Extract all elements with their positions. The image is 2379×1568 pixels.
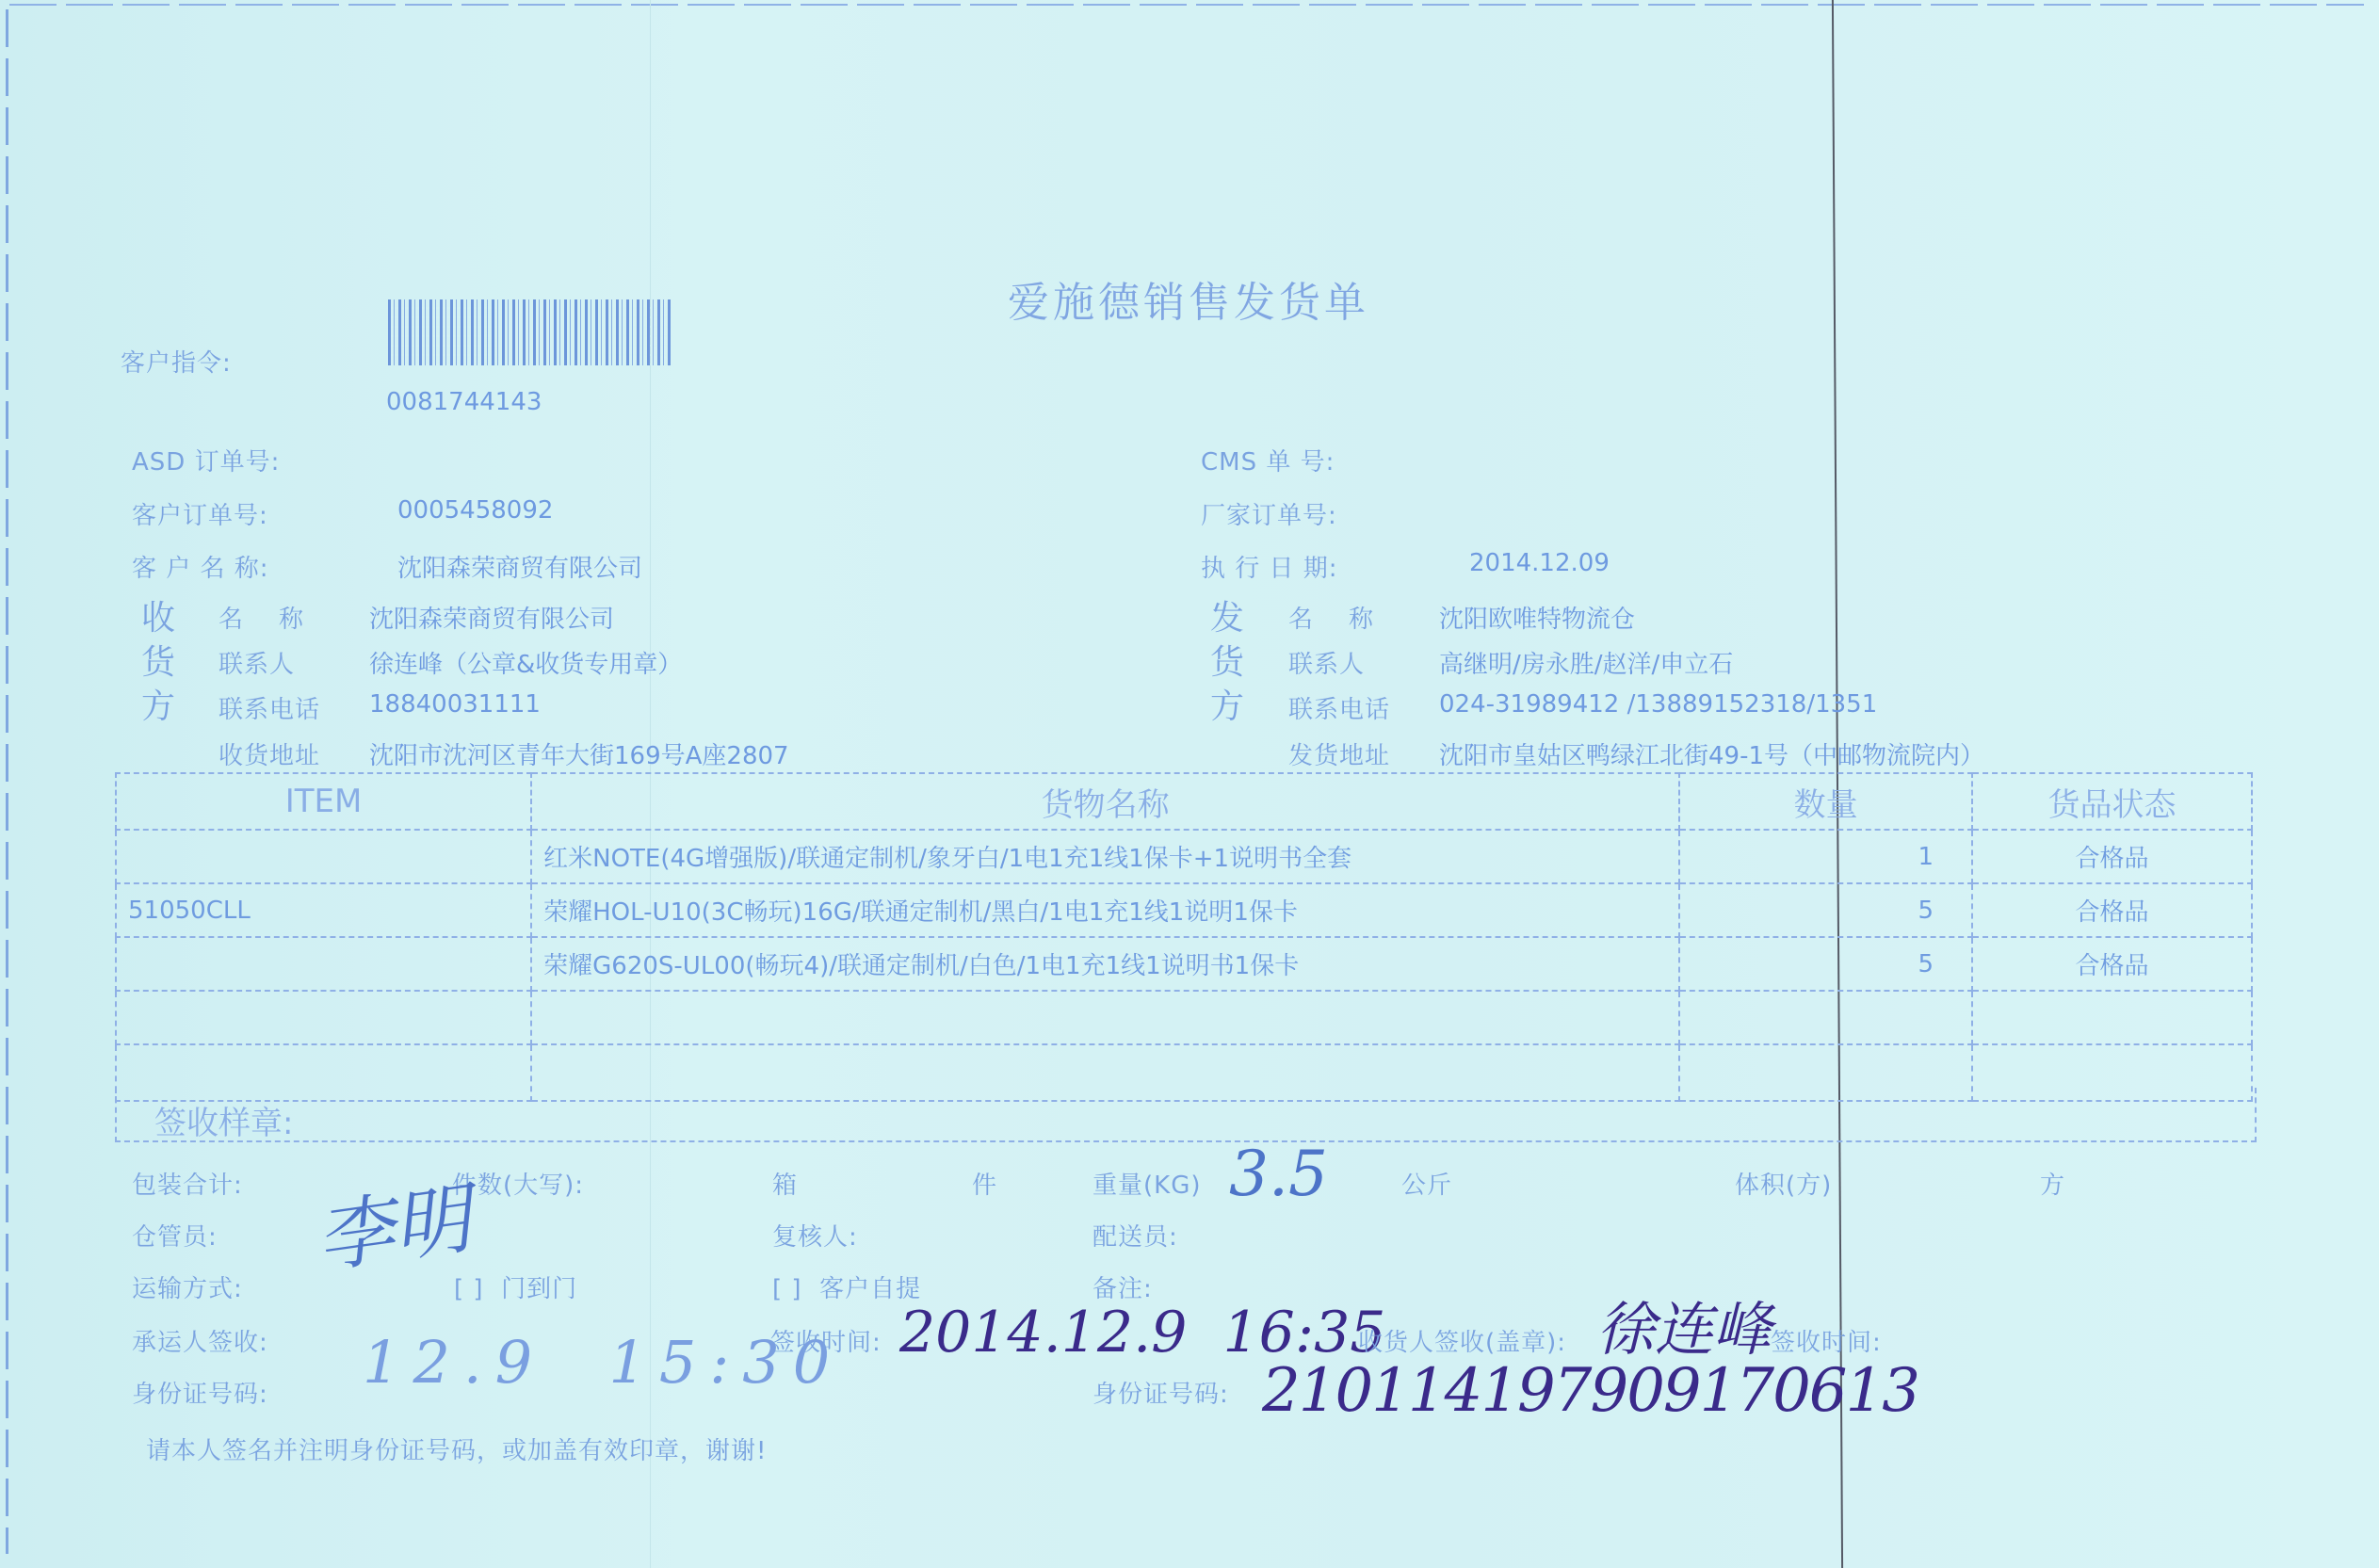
receiver-contact-value: 徐连峰（公章&收货专用章） xyxy=(369,645,682,680)
factory-order-label: 厂家订单号: xyxy=(1201,496,1337,531)
cell-quantity: 5 xyxy=(1679,883,1972,937)
weight-unit: 公斤 xyxy=(1401,1166,1452,1201)
warehouse-keeper-label: 仓管员: xyxy=(132,1218,218,1253)
shipper-side-char-1: 发 xyxy=(1210,591,1244,639)
shipper-side-char-2: 货 xyxy=(1210,636,1244,684)
cell-item: 51050CLL xyxy=(116,883,531,937)
pieces-caps-label: 件数(大写): xyxy=(452,1166,584,1201)
warehouse-keeper-signature: 李明 xyxy=(309,1157,477,1288)
receiver-address-label: 收货地址 xyxy=(218,736,320,771)
box-label: 箱 xyxy=(772,1166,798,1201)
exec-date-label: 执 行 日 期: xyxy=(1201,549,1338,584)
perforation-top xyxy=(9,4,2364,6)
receiver-side-char-3: 方 xyxy=(141,680,175,728)
sign-notice: 请本人签名并注明身份证号码，或加盖有效印章，谢谢! xyxy=(146,1431,767,1466)
receiver-name-label: 名 称 xyxy=(218,600,304,635)
cell-item xyxy=(116,937,531,991)
receiver-phone-label: 联系电话 xyxy=(218,690,320,725)
shipper-phone-value: 024-31989412 /13889152318/1351 xyxy=(1439,690,1877,719)
cell-quantity: 5 xyxy=(1679,937,1972,991)
table-row: 51050CLL 荣耀HOL-U10(3C畅玩)16G/联通定制机/黑白/1电1… xyxy=(116,883,2252,937)
exec-date-value: 2014.12.09 xyxy=(1469,549,1610,577)
cell-item xyxy=(116,830,531,883)
cell-quantity: 1 xyxy=(1679,830,1972,883)
receiver-contact-label: 联系人 xyxy=(218,645,295,680)
receiver-signature: 徐连峰 xyxy=(1596,1283,1772,1366)
receiver-name-value: 沈阳森荣商贸有限公司 xyxy=(369,600,614,635)
transport-label: 运输方式: xyxy=(132,1269,243,1304)
sign-time-label: 签收时间: xyxy=(770,1323,882,1358)
cell-goods-name: 红米NOTE(4G增强版)/联通定制机/象牙白/1电1充1线1保卡+1说明书全套 xyxy=(531,830,1679,883)
id-label-left: 身份证号码: xyxy=(132,1375,268,1410)
receiver-sign-time-label: 签收时间: xyxy=(1771,1323,1882,1358)
id-number-value: 210114197909170613 xyxy=(1262,1356,1918,1426)
barcode-icon xyxy=(388,299,672,365)
asd-order-label: ASD 订单号: xyxy=(132,443,280,477)
col-header-quantity: 数量 xyxy=(1679,773,1972,830)
cell-goods-name: 荣耀HOL-U10(3C畅玩)16G/联通定制机/黑白/1电1充1线1说明1保卡 xyxy=(531,883,1679,937)
table-row xyxy=(116,991,2252,1044)
cell-quantity xyxy=(1679,991,1972,1044)
id-label-right: 身份证号码: xyxy=(1092,1375,1229,1410)
cell-status: 合格品 xyxy=(1972,830,2252,883)
goods-table-header: ITEM 货物名称 数量 货品状态 xyxy=(116,773,2252,830)
customer-order-value: 0005458092 xyxy=(397,496,553,525)
shipper-address-value: 沈阳市皇姑区鸭绿江北街49-1号（中邮物流院内） xyxy=(1439,736,1984,771)
customer-instruction-label: 客户指令: xyxy=(121,344,232,379)
customer-name-label: 客 户 名 称: xyxy=(132,549,269,584)
sign-stamp-label: 签收样章: xyxy=(154,1097,293,1143)
shipper-phone-label: 联系电话 xyxy=(1288,690,1390,725)
shipper-name-value: 沈阳欧唯特物流仓 xyxy=(1439,600,1635,635)
receiver-address-value: 沈阳市沈河区青年大街169号A座2807 xyxy=(369,736,789,771)
package-total-label: 包装合计: xyxy=(132,1166,243,1201)
shipper-name-label: 名 称 xyxy=(1288,600,1374,635)
shipper-contact-value: 高继明/房永胜/赵洋/申立石 xyxy=(1439,645,1733,680)
piece-label: 件 xyxy=(972,1166,997,1201)
receiver-side-char-2: 货 xyxy=(141,636,175,684)
receiver-sign-label: 收货人签收(盖章): xyxy=(1358,1323,1566,1358)
goods-table: ITEM 货物名称 数量 货品状态 红米NOTE(4G增强版)/联通定制机/象牙… xyxy=(115,772,2253,1102)
table-row: 荣耀G620S-UL00(畅玩4)/联通定制机/白色/1电1充1线1说明书1保卡… xyxy=(116,937,2252,991)
cell-status: 合格品 xyxy=(1972,883,2252,937)
sign-stamp-row: 签收样章: xyxy=(115,1088,2257,1142)
volume-unit: 方 xyxy=(2040,1166,2065,1201)
delivery-person-label: 配送员: xyxy=(1092,1218,1178,1253)
cell-item xyxy=(116,991,531,1044)
customer-name-value: 沈阳森荣商贸有限公司 xyxy=(397,549,642,584)
customer-instruction-number: 0081744143 xyxy=(386,388,542,416)
weight-label: 重量(KG) xyxy=(1092,1166,1202,1201)
shipper-address-label: 发货地址 xyxy=(1288,736,1390,771)
cell-goods-name xyxy=(531,991,1679,1044)
receiver-side-char-1: 收 xyxy=(141,591,175,639)
reviewer-label: 复核人: xyxy=(772,1218,858,1253)
cell-status: 合格品 xyxy=(1972,937,2252,991)
col-header-status: 货品状态 xyxy=(1972,773,2252,830)
table-row: 红米NOTE(4G增强版)/联通定制机/象牙白/1电1充1线1保卡+1说明书全套… xyxy=(116,830,2252,883)
shipper-contact-label: 联系人 xyxy=(1288,645,1365,680)
cell-status xyxy=(1972,991,2252,1044)
shipper-side-char-3: 方 xyxy=(1210,680,1244,728)
customer-order-label: 客户订单号: xyxy=(132,496,268,531)
perforation-left xyxy=(6,9,8,1554)
door-to-door-checkbox[interactable]: [ ] 门到门 xyxy=(454,1269,577,1304)
carrier-sign-label: 承运人签收: xyxy=(132,1323,268,1358)
receiver-phone-value: 18840031111 xyxy=(369,690,541,719)
cms-label: CMS 单 号: xyxy=(1201,443,1335,477)
col-header-goods-name: 货物名称 xyxy=(531,773,1679,830)
weight-value: 3.5 xyxy=(1229,1138,1328,1210)
cell-goods-name: 荣耀G620S-UL00(畅玩4)/联通定制机/白色/1电1充1线1说明书1保卡 xyxy=(531,937,1679,991)
volume-label: 体积(方) xyxy=(1735,1166,1832,1201)
document-title: 爱施德销售发货单 xyxy=(1008,268,1369,329)
col-header-item: ITEM xyxy=(116,773,531,830)
